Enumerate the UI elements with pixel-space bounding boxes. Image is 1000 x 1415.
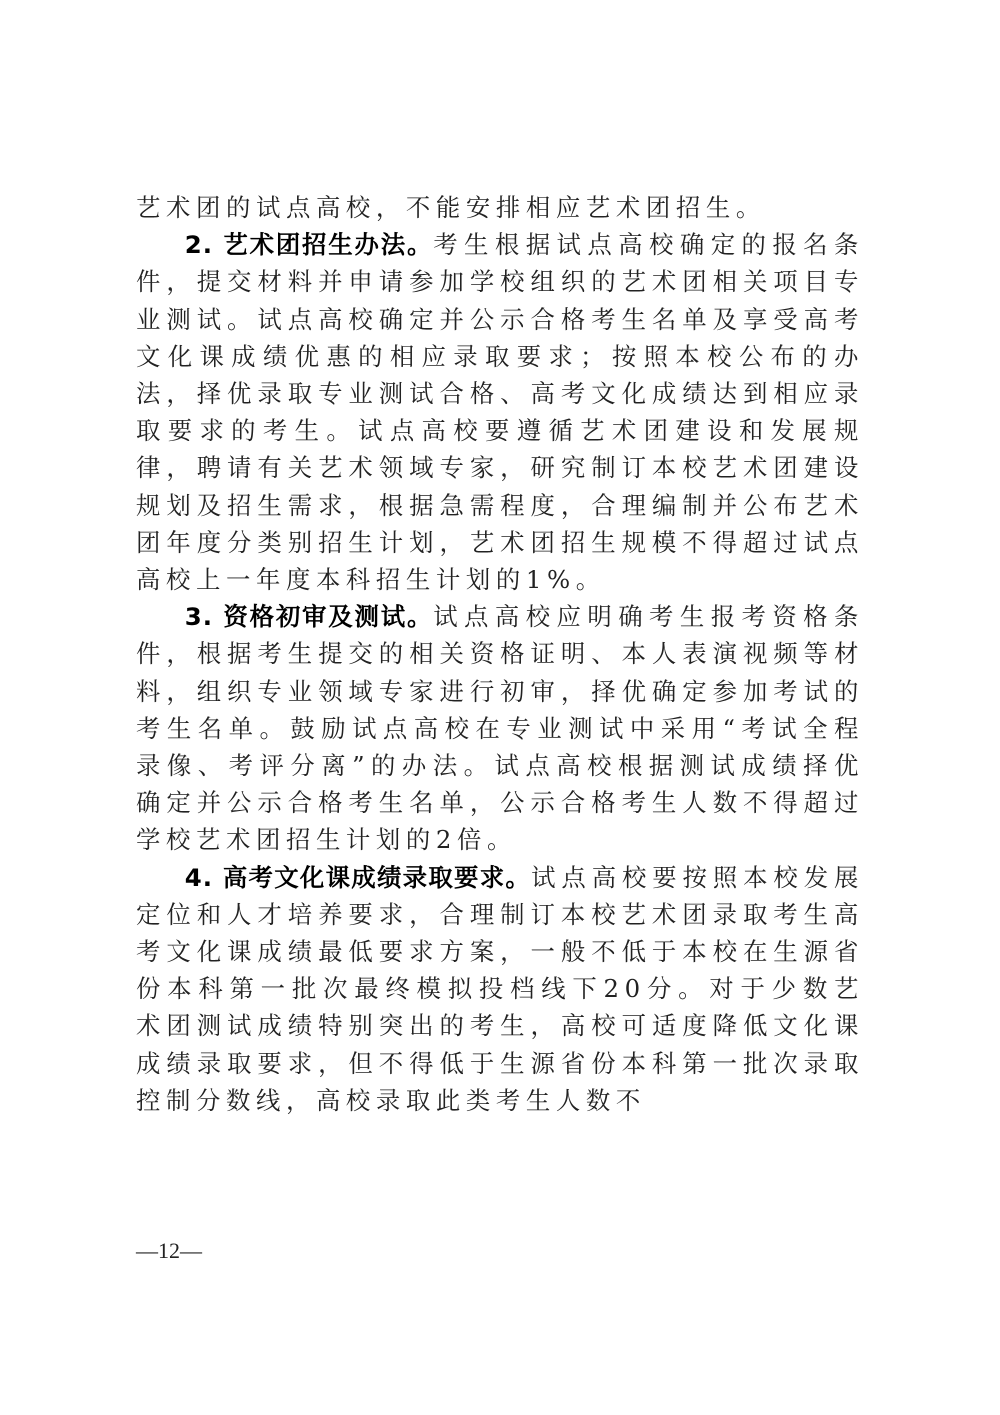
paragraph-heading: 2. 艺术团招生办法。 bbox=[185, 230, 433, 259]
page-number: —12— bbox=[136, 1238, 202, 1264]
paragraph-text: 试点高校要按照本校发展定位和人才培养要求，合理制订本校艺术团录取考生高考文化课成… bbox=[136, 863, 864, 1115]
paragraph-heading: 4. 高考文化课成绩录取要求。 bbox=[185, 863, 531, 892]
body-text: 艺术团的试点高校，不能安排相应艺术团招生。 2. 艺术团招生办法。考生根据试点高… bbox=[136, 189, 864, 1119]
paragraph-qualification-review: 3. 资格初审及测试。试点高校应明确考生报考资格条件，根据考生提交的相关资格证明… bbox=[136, 598, 864, 858]
paragraph-text: 试点高校应明确考生报考资格条件，根据考生提交的相关资格证明、本人表演视频等材料，… bbox=[136, 602, 864, 854]
paragraph-recruitment-method: 2. 艺术团招生办法。考生根据试点高校确定的报名条件，提交材料并申请参加学校组织… bbox=[136, 226, 864, 598]
paragraph-text: 考生根据试点高校确定的报名条件，提交材料并申请参加学校组织的艺术团相关项目专业测… bbox=[136, 230, 864, 594]
paragraph-heading: 3. 资格初审及测试。 bbox=[185, 602, 433, 631]
paragraph-score-requirements: 4. 高考文化课成绩录取要求。试点高校要按照本校发展定位和人才培养要求，合理制订… bbox=[136, 859, 864, 1119]
paragraph-text: 艺术团的试点高校，不能安排相应艺术团招生。 bbox=[136, 193, 766, 222]
document-page: 艺术团的试点高校，不能安排相应艺术团招生。 2. 艺术团招生办法。考生根据试点高… bbox=[0, 0, 1000, 1415]
paragraph-continuation: 艺术团的试点高校，不能安排相应艺术团招生。 bbox=[136, 189, 864, 226]
